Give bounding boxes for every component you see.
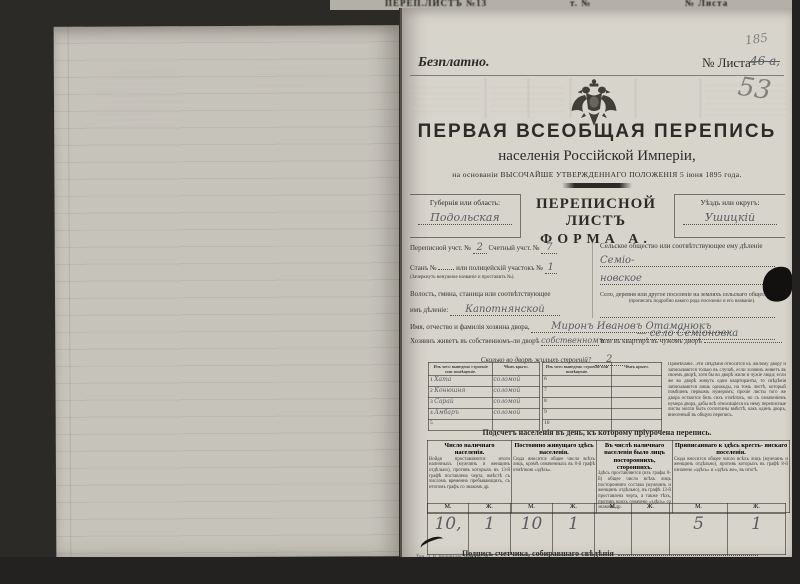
material-column-header: Изъ чего выведено строеніе или помѣщеніе… xyxy=(543,363,612,376)
roof-material: соломой xyxy=(493,387,520,394)
male-subheader: М. xyxy=(428,504,469,514)
roof-column-header: Чѣмъ крыто. xyxy=(493,363,540,376)
free-of-charge-label: Безплатно. xyxy=(418,55,490,71)
male-subheader: М. xyxy=(511,504,553,514)
census-district-label: Переписной учст. № xyxy=(410,244,471,252)
pencil-page-number: 185 xyxy=(744,30,769,47)
col2-note: Сюда вносится общее число всѣхъ лицъ, кр… xyxy=(513,457,595,474)
female-subheader: Ж. xyxy=(728,504,786,514)
col4-header: Приписаннаго к здѣсь кресть- янскаго пос… xyxy=(674,442,788,457)
col1-note: Войдя проставляются итоги наличныхъ (муж… xyxy=(429,457,510,491)
roof-column-header: Чѣмъ крыто. xyxy=(612,363,662,376)
governorate-label: Губернія или область: xyxy=(410,195,520,207)
village-label-1: Село, деревня или другое поселеніе на зе… xyxy=(600,292,784,299)
police-district-label: или полицейскій участокъ № xyxy=(456,264,543,272)
owner-value: Миронъ Ивановъ Отаманюкъ xyxy=(531,321,731,333)
material-column-header: Изъ чего выведено строеніе или помѣщеніе… xyxy=(429,363,493,376)
header-rule xyxy=(410,75,784,76)
census-subtitle: населенія Россійской Имперіи, xyxy=(402,148,792,165)
governorate-value: Подольская xyxy=(418,211,513,225)
bleedthrough-smudge xyxy=(94,66,184,126)
sheet-number-label: № Листа xyxy=(702,55,751,71)
census-law-line: на основаніи ВЫСОЧАЙШЕ УТВЕРЖДЕННАГО ПОЛ… xyxy=(402,170,792,179)
rented-house-label: или въ квартирѣ въ чужомъ дворѣ xyxy=(601,337,702,345)
form-title: ПЕРЕПИСНОЙ ЛИСТЪ xyxy=(520,196,672,230)
building-material: Сарай xyxy=(434,398,453,405)
count-district-label: Счетный учст. № xyxy=(488,244,539,252)
society-value-2: новское xyxy=(600,273,775,285)
roof-material: соломой xyxy=(493,409,520,416)
census-form-page: 185 Безплатно. № Листа 46 а, 53 xyxy=(402,8,792,560)
volost-label-1: Волость, гмина, станица или соотвѣтствую… xyxy=(410,290,588,298)
photo-right-edge xyxy=(792,0,800,584)
buildings-table-left: Изъ чего выведено строеніе или помѣщеніе… xyxy=(428,362,540,431)
signature-blank xyxy=(618,555,758,556)
bleedthrough-smudge xyxy=(254,55,334,95)
roof-material: соломой xyxy=(493,376,520,383)
stan-value xyxy=(438,269,454,270)
col3-header: Въ числѣ наличнаго населенія было лицъ п… xyxy=(598,442,671,471)
society-label: Сельское общество или соотвѣтствующее ем… xyxy=(600,242,784,250)
governorate-box: Губернія или область: Подольская xyxy=(410,194,521,238)
photo-bottom-edge xyxy=(0,557,800,584)
male-subheader: М. xyxy=(670,504,728,514)
col1-header: Число наличнаго населенія. xyxy=(429,442,510,457)
stan-label: Станъ № xyxy=(410,264,437,272)
female-subheader: Ж. xyxy=(632,504,670,514)
police-district-value: 1 xyxy=(545,262,557,274)
female-subheader: Ж. xyxy=(553,504,595,514)
village-label-2: (прописать подробно какого рода поселені… xyxy=(600,299,784,305)
uyezd-box: Уѣздъ или округъ: Ушицкій xyxy=(674,194,785,238)
cutoff-text-fragment: т. № xyxy=(570,0,591,8)
society-value: Семіо- xyxy=(600,255,775,267)
female-subheader: Ж. xyxy=(469,504,511,514)
count-table-title: Подсчетъ населенія въ день, къ которому … xyxy=(402,428,792,437)
ornament-divider xyxy=(562,183,632,188)
rented-house-value xyxy=(704,342,782,343)
volost-value: Капотнянской xyxy=(450,304,560,316)
left-field-column: Переписной учст. № 2 Счетный учст. № 7 С… xyxy=(410,242,588,316)
uyezd-value: Ушицкій xyxy=(683,211,778,225)
remark-paragraph: Примѣчаніе. Эти свѣдѣнія относятся къ жи… xyxy=(668,362,786,424)
sheet-number-crossed-value: 46 а, xyxy=(750,54,780,68)
male-subheader: М. xyxy=(595,504,632,514)
col2-header: Постоянно живущаго здѣсь населенія. xyxy=(513,442,595,457)
census-district-value: 2 xyxy=(473,242,487,254)
left-page-margin-line xyxy=(68,27,72,558)
count-district-value: 7 xyxy=(541,242,557,254)
own-house-value: собственномъ xyxy=(541,336,599,346)
column-divider xyxy=(592,240,593,318)
building-material: Амбаръ xyxy=(434,409,459,416)
buildings-table-right: Изъ чего выведено строеніе или помѣщеніе… xyxy=(542,362,662,431)
own-house-label: Хозяинъ живетъ въ собственномъ-ли дворѣ xyxy=(410,337,539,345)
census-title: ПЕРВАЯ ВСЕОБЩАЯ ПЕРЕПИСЬ xyxy=(402,121,792,143)
stan-note: (Зачеркнуть ненужное названіе и простави… xyxy=(410,275,588,281)
volost-label-2: имъ дѣленіе: xyxy=(410,306,448,314)
roof-material: соломой xyxy=(493,398,520,405)
uyezd-label: Уѣздъ или округъ: xyxy=(675,195,785,207)
owner-label: Имя, отчество и фамилія хозяина двора, xyxy=(410,323,530,331)
blank-left-page xyxy=(54,25,404,558)
building-material: Хата xyxy=(434,376,451,383)
village-blank-line xyxy=(600,308,775,318)
col4-note: Сюда вносится общее число всѣхъ лицъ (му… xyxy=(674,457,788,474)
building-material: Конюшня xyxy=(434,387,465,394)
form-title-block: ПЕРЕПИСНОЙ ЛИСТЪ ФОРМА А. xyxy=(520,196,672,248)
cutoff-text-fragment: № Листа xyxy=(685,0,728,8)
cutoff-text-fragment: ПЕРЕП.ЛИСТЪ №13 xyxy=(385,0,487,8)
